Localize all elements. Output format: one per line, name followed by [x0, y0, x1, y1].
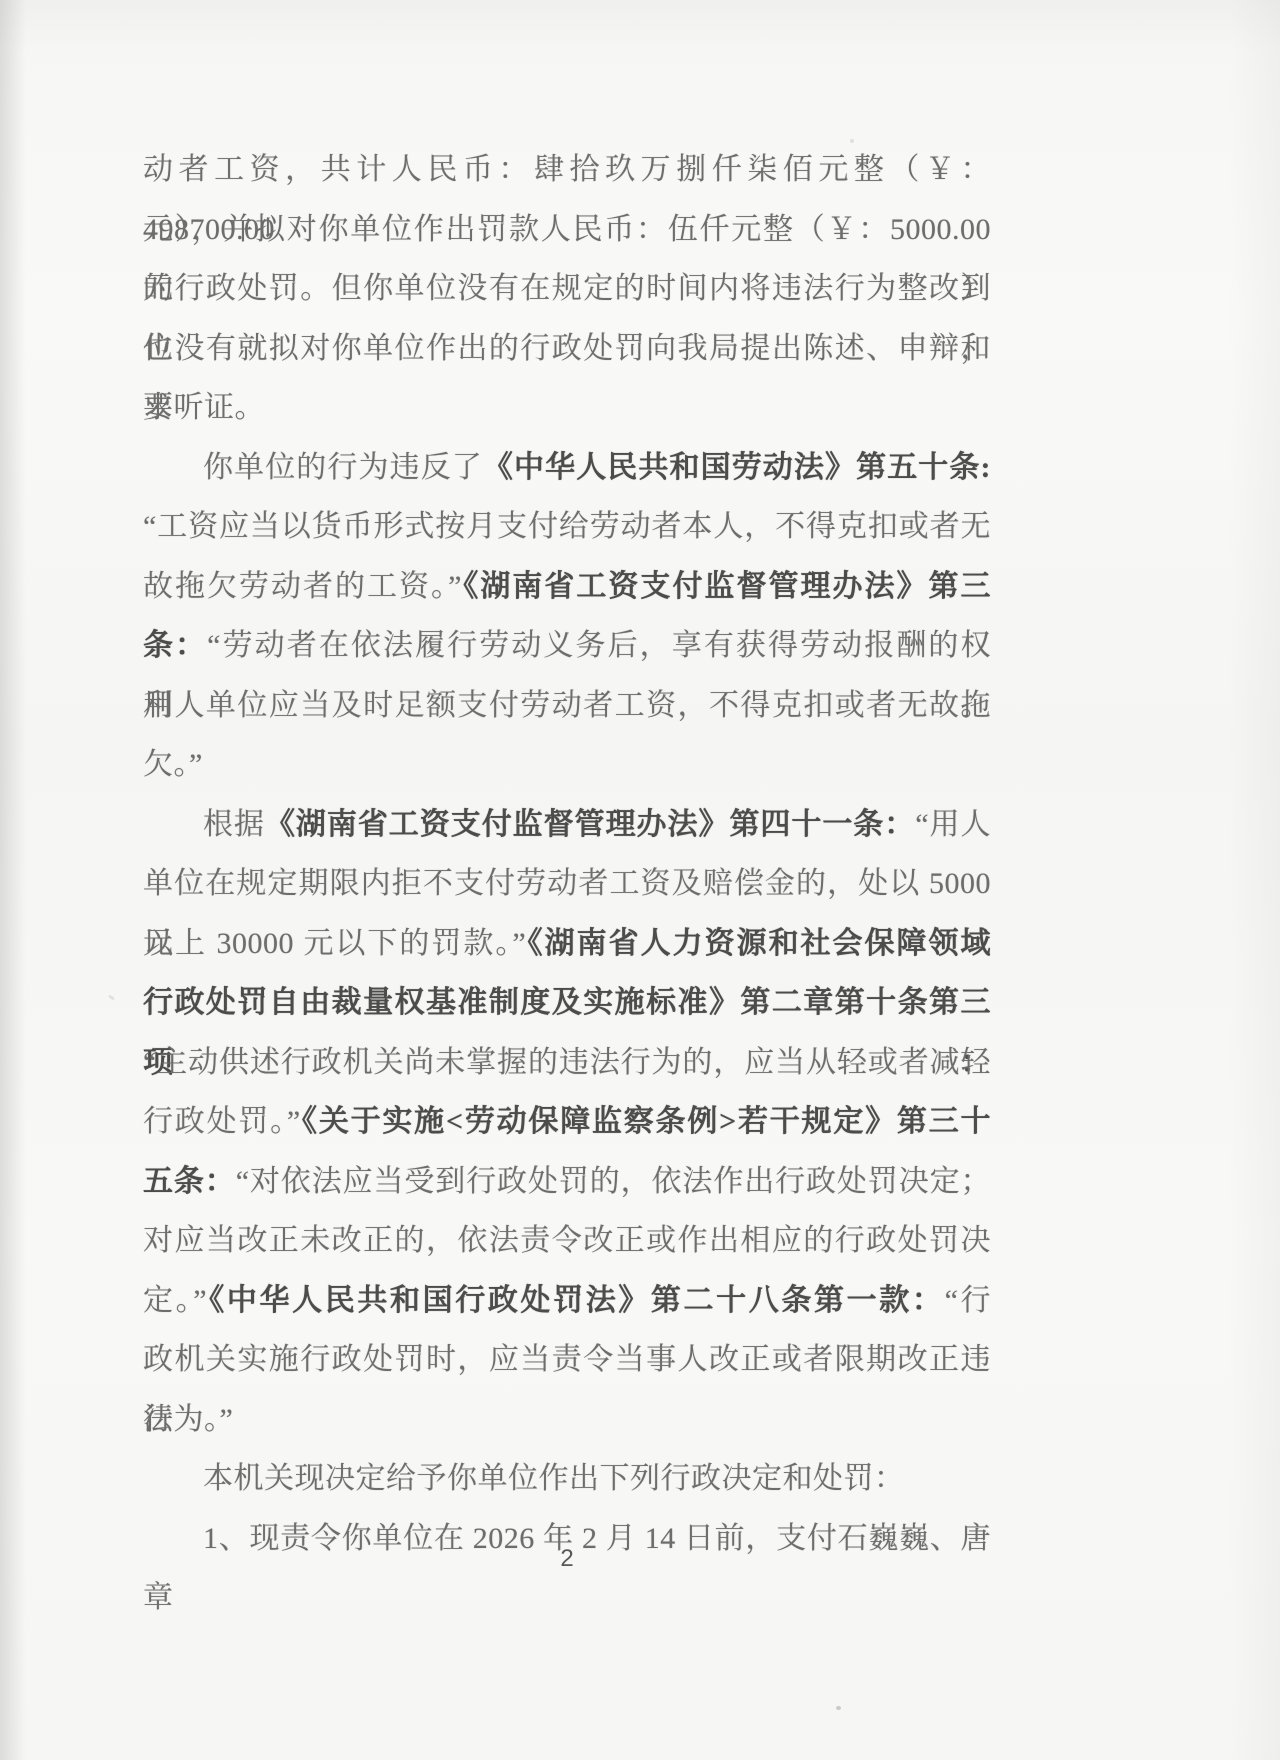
text-segment: 定。”	[143, 1284, 207, 1317]
text-line: 单位在规定期限内拒不支付劳动者工资及赔偿金的，处以 5000 元	[143, 854, 991, 914]
text-segment: 用人单位应当及时足额支付劳动者工资，不得克扣或者无故拖	[143, 689, 991, 722]
text-segment: 《湖南省工资支付监督管理办法》第三	[462, 570, 991, 603]
text-segment: 本机关现决定给予你单位作出下列行政决定和处罚：	[203, 1462, 905, 1495]
text-segment: 故拖欠劳动者的工资。”	[143, 570, 462, 603]
text-line: 对应当改正未改正的，依法责令改正或作出相应的行政处罚决	[143, 1211, 991, 1271]
text-segment: 《关于实施<劳动保障监察条例>若干规定》第三十	[301, 1105, 991, 1138]
text-segment: “行	[945, 1284, 991, 1317]
text-line: 五条：“对依法应当受到行政处罚的，依法作出行政处罚决定；	[143, 1152, 991, 1212]
text-segment: 行政处罚。”	[143, 1105, 301, 1138]
text-line: “工资应当以货币形式按月支付给劳动者本人，不得克扣或者无	[143, 497, 991, 557]
text-line: 根据《湖南省工资支付监督管理办法》第四十一条：“用人	[143, 795, 991, 855]
text-line: 元），并拟对你单位作出罚款人民币：伍仟元整（￥：5000.00 元）	[143, 200, 991, 260]
text-segment: 《中华人民共和国行政处罚法》第二十八条第一款：	[207, 1284, 944, 1317]
text-line: 行为。”	[143, 1390, 991, 1450]
text-segment: “主动供述行政机关尚未掌握的违法行为的，应当从轻或者减轻	[143, 1046, 991, 1079]
text-line: 行政处罚自由裁量权基准制度及实施标准》第二章第十条第三项：	[143, 973, 991, 1033]
text-line: 故拖欠劳动者的工资。”《湖南省工资支付监督管理办法》第三	[143, 557, 991, 617]
text-line: 政机关实施行政处罚时，应当责令当事人改正或者限期改正违法	[143, 1330, 991, 1390]
text-line: 以上 30000 元以下的罚款。”《湖南省人力资源和社会保障领域	[143, 914, 991, 974]
text-line: 也没有就拟对你单位作出的行政处罚向我局提出陈述、申辩和要	[143, 319, 991, 379]
page-number: 2	[143, 1545, 991, 1573]
text-segment: 《湖南省人力资源和社会保障领域	[526, 927, 991, 960]
text-segment: 《湖南省工资支付监督管理办法》第四十一条：	[265, 808, 915, 841]
text-segment: 对应当改正未改正的，依法责令改正或作出相应的行政处罚决	[143, 1224, 991, 1257]
text-line: “主动供述行政机关尚未掌握的违法行为的，应当从轻或者减轻	[143, 1033, 991, 1093]
document-page: 动者工资，共计人民币：肆拾玖万捌仟柒佰元整（￥：498700.00元），并拟对你…	[0, 0, 1280, 1760]
text-segment: “对依法应当受到行政处罚的，依法作出行政处罚决定；	[236, 1165, 991, 1198]
text-line: 求听证。	[143, 378, 991, 438]
text-segment: 行为。”	[143, 1403, 233, 1436]
text-segment: “用人	[915, 808, 991, 841]
text-line: 行政处罚。”《关于实施<劳动保障监察条例>若干规定》第三十	[143, 1092, 991, 1152]
text-segment: 五条：	[143, 1165, 236, 1198]
text-segment: 欠。”	[143, 748, 203, 781]
text-line: 动者工资，共计人民币：肆拾玖万捌仟柒佰元整（￥：498700.00	[143, 140, 991, 200]
text-segment: 以上 30000 元以下的罚款。”	[143, 927, 526, 960]
text-segment: 《中华人民共和国劳动法》第五十条:	[483, 451, 991, 484]
text-line: 的行政处罚。但你单位没有在规定的时间内将违法行为整改到位，	[143, 259, 991, 319]
text-line: 欠。”	[143, 735, 991, 795]
text-line: 定。”《中华人民共和国行政处罚法》第二十八条第一款：“行	[143, 1271, 991, 1331]
text-line: 你单位的行为违反了《中华人民共和国劳动法》第五十条:	[143, 438, 991, 498]
document-body: 动者工资，共计人民币：肆拾玖万捌仟柒佰元整（￥：498700.00元），并拟对你…	[143, 140, 991, 1568]
text-segment: “工资应当以货币形式按月支付给劳动者本人，不得克扣或者无	[143, 510, 991, 543]
text-line: 条：“劳动者在依法履行劳动义务后，享有获得劳动报酬的权利。	[143, 616, 991, 676]
text-segment: 你单位的行为违反了	[203, 451, 483, 484]
text-segment: 条：	[143, 629, 207, 662]
text-line: 本机关现决定给予你单位作出下列行政决定和处罚：	[143, 1449, 991, 1509]
text-segment: 求听证。	[143, 391, 265, 424]
scan-speck	[108, 994, 115, 1000]
text-segment: 根据	[203, 808, 265, 841]
scan-speck	[836, 1706, 841, 1710]
text-line: 用人单位应当及时足额支付劳动者工资，不得克扣或者无故拖	[143, 676, 991, 736]
